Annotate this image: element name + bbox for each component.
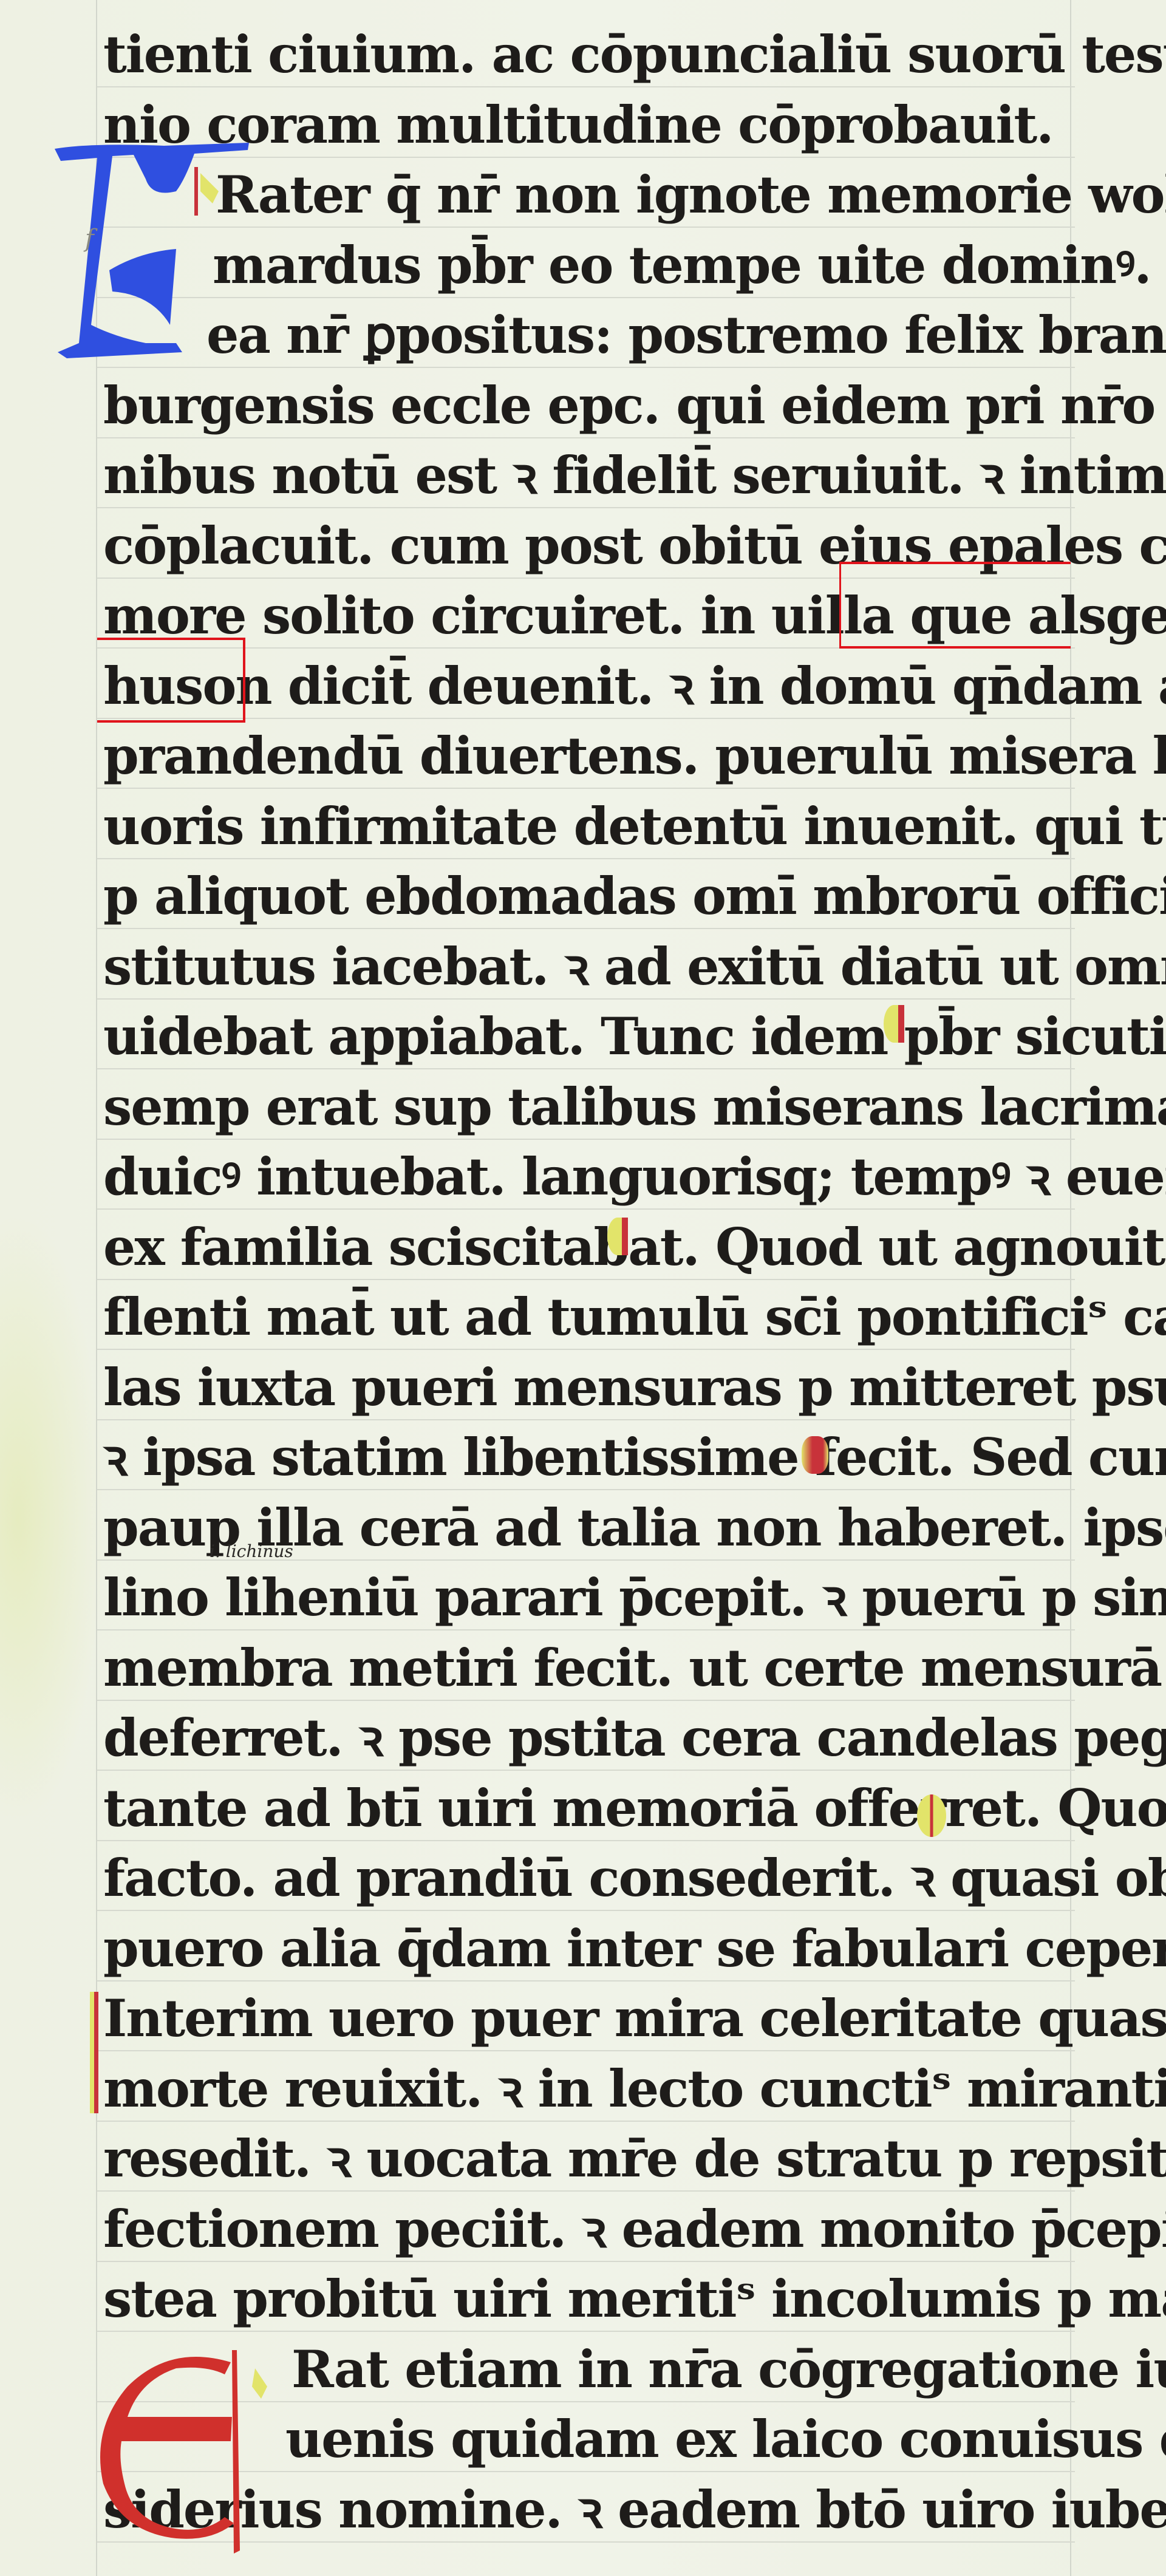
ruling-line [97,1489,1075,1490]
text-line: burgensis eccle epc. qui eidem pri nr̄o … [103,375,1087,436]
text-line: Rater q̄ nr̄ non ignote memorie woldi [216,165,1166,225]
text-line: mardus pb̄r eo tempe uite dominꝰ. post [213,235,1166,296]
ruling-line [97,2261,1075,2262]
rubric-mark-quo [917,1794,946,1837]
text-line: las iuxta pueri mensuras p mitteret psua… [103,1357,1087,1418]
margin-note: f [85,225,94,253]
text-line: puero alia q̄dam inter se fabulari ceper… [103,1918,1087,1979]
text-line: ex familia sciscitabat. Quod ut agnouit. [103,1217,1087,1278]
manuscript-page: tienti ciuium. ac cōpuncialiū suorū test… [0,0,1166,2576]
initial-e-icon [73,2350,298,2557]
ruling-line [97,1629,1075,1630]
ruling-line [97,2331,1075,2332]
rubric-mark-tunc [884,1005,904,1043]
rubric-mark-sed [802,1436,828,1474]
text-line: stea probitū uiri meritiˢ incolumis p ma… [103,2269,1087,2329]
text-line: fectionem peciit. ꝛ eadem monito p̄cepit… [103,2199,1087,2260]
text-line: huson dicit̄ deuenit. ꝛ in domū qn̄dam a… [103,656,1087,717]
ruling-line [97,1910,1075,1911]
interlinear-gloss: i. lichinus [210,1541,293,1561]
text-line: uenis quidam ex laico conuisus de [285,2409,1166,2470]
text-line: ea nr̄ ꝑpositus: postremo felix brande [206,305,1166,366]
text-line: tienti ciuium. ac cōpuncialiū suorū test… [103,24,1087,85]
ruling-line [97,507,1075,508]
ruling-line [97,1419,1075,1420]
ruling-line [97,2190,1075,2192]
text-line: Interim uero puer mira celeritate quasi … [103,1988,1087,2049]
ruling-line [97,998,1075,1000]
ruling-line [97,928,1075,929]
ruling-line [97,2121,1075,2122]
ruling-line [97,1349,1075,1350]
text-line: semp erat sup talibus miserans lacrimado [103,1077,1087,1137]
text-line: prandendū diuertens. puerulū misera lāg [103,726,1087,786]
ruling-line [97,2050,1075,2051]
text-line: morte reuixit. ꝛ in lecto cunctiˢ mirant… [103,2059,1087,2119]
text-line: flenti mat̄ ut ad tumulū sc̄i pontificiˢ… [103,1287,1087,1348]
text-line: uidebat appiabat. Tunc idem pb̄r sicuti [103,1006,1087,1067]
highlight-alsgeres [839,562,1071,649]
ruling-line [97,1980,1075,1981]
left-margin-rule [96,0,97,2576]
ruling-line [97,437,1075,438]
rubric-mark-interim [90,1992,98,2113]
text-line: facto. ad prandiū consederit. ꝛ quasi ob… [103,1848,1087,1909]
text-line: Rat etiam in nr̄a cōgregatione iu [291,2339,1166,2400]
ruling-line [97,858,1075,859]
text-line: duicꝰ intuebat. languorisq; tempꝰ ꝛ euen… [103,1147,1087,1207]
text-line: deferret. ꝛ pse pstita cera candelas peg… [103,1708,1087,1768]
highlight-huson [97,638,245,723]
ruling-line [97,1840,1075,1841]
text-line: membra metiri fecit. ut certe mensurā se… [103,1638,1087,1699]
ruling-line [97,1208,1075,1210]
ruling-line [97,86,1075,87]
ruling-line [97,1770,1075,1771]
text-line: p aliquot ebdomadas omī mbrorū officio d… [103,866,1087,927]
ruling-line [97,1139,1075,1140]
ruling-line [97,788,1075,789]
text-line: ꝛ ipsa statim libentissime fecit. Sed cu… [103,1427,1087,1488]
rubric-mark-quod [607,1218,628,1255]
text-line: resedit. ꝛ uocata mr̄e de stratu p repsi… [103,2128,1087,2189]
ruling-line [97,1279,1075,1280]
ruling-line [97,1700,1075,1701]
text-line: uoris infirmitate detentū inuenit. qui t… [103,796,1087,857]
ruling-line [97,1068,1075,1069]
text-line: stitutus iacebat. ꝛ ad exitū diatū ut om… [103,936,1087,997]
text-line: lino liheniū parari p̄cepit. ꝛ puerū p s… [103,1567,1087,1628]
initial-f-icon [55,143,255,367]
text-line: nibus notū est ꝛ fidelit̄ seruiuit. ꝛ in… [103,445,1087,506]
